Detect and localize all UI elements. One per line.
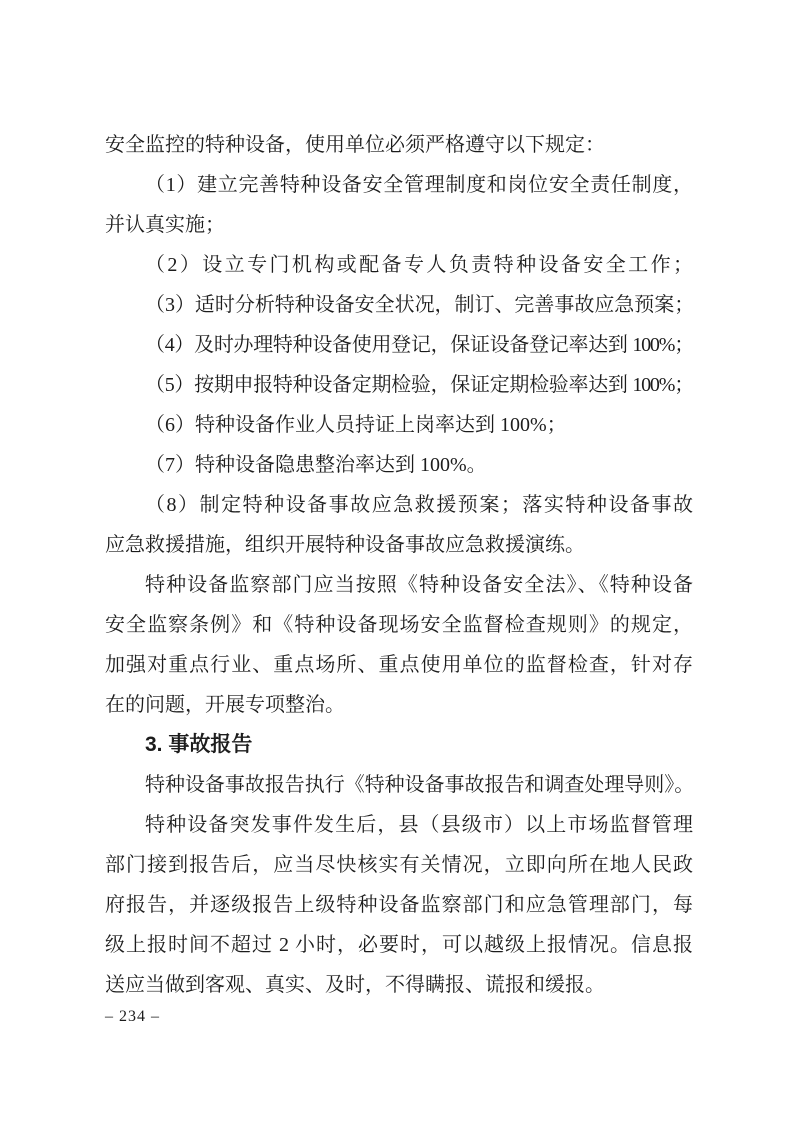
- text-line: 安全监察条例》和《特种设备现场安全监督检查规则》的规定，: [105, 605, 693, 645]
- text-line: 安全监控的特种设备，使用单位必须严格遵守以下规定：: [105, 125, 693, 165]
- text-line: 特种设备监察部门应当按照《特种设备安全法》、《特种设备: [105, 565, 693, 605]
- text-line: （3）适时分析特种设备安全状况，制订、完善事故应急预案；: [105, 285, 693, 325]
- text-line: （4）及时办理特种设备使用登记，保证设备登记率达到 100%；: [105, 325, 693, 365]
- text-line: 部门接到报告后，应当尽快核实有关情况，立即向所在地人民政: [105, 845, 693, 885]
- section-heading: 3. 事故报告: [105, 725, 693, 765]
- document-page: 安全监控的特种设备，使用单位必须严格遵守以下规定：（1）建立完善特种设备安全管理…: [0, 0, 793, 1122]
- text-line: （2）设立专门机构或配备专人负责特种设备安全工作；: [105, 245, 693, 285]
- document-lines: 安全监控的特种设备，使用单位必须严格遵守以下规定：（1）建立完善特种设备安全管理…: [105, 125, 693, 1005]
- text-line: 府报告，并逐级报告上级特种设备监察部门和应急管理部门，每: [105, 885, 693, 925]
- page-number: – 234 –: [105, 1006, 160, 1028]
- text-line: 特种设备突发事件发生后，县（县级市）以上市场监督管理: [105, 805, 693, 845]
- text-line: （5）按期申报特种设备定期检验，保证定期检验率达到 100%；: [105, 365, 693, 405]
- text-line: 特种设备事故报告执行《特种设备事故报告和调查处理导则》。: [105, 765, 693, 805]
- text-line: （1）建立完善特种设备安全管理制度和岗位安全责任制度，: [105, 165, 693, 205]
- text-line: （6）特种设备作业人员持证上岗率达到 100%；: [105, 405, 693, 445]
- text-line: 并认真实施；: [105, 205, 693, 245]
- text-line: 加强对重点行业、重点场所、重点使用单位的监督检查，针对存: [105, 645, 693, 685]
- text-line: 在的问题，开展专项整治。: [105, 685, 693, 725]
- text-line: （8）制定特种设备事故应急救援预案；落实特种设备事故: [105, 485, 693, 525]
- text-line: 级上报时间不超过 2 小时，必要时，可以越级上报情况。信息报: [105, 925, 693, 965]
- text-line: （7）特种设备隐患整治率达到 100%。: [105, 445, 693, 485]
- text-line: 应急救援措施，组织开展特种设备事故应急救援演练。: [105, 525, 693, 565]
- text-line: 送应当做到客观、真实、及时，不得瞒报、谎报和缓报。: [105, 965, 693, 1005]
